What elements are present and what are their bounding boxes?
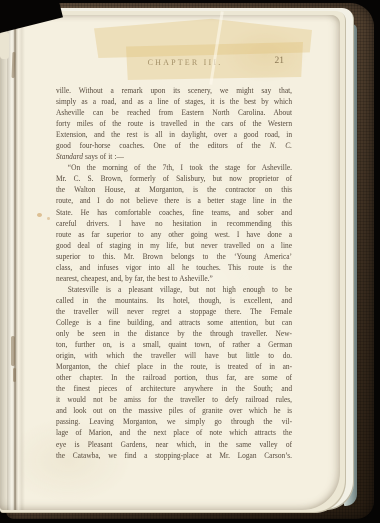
text-line: Standard says of it :—: [56, 151, 292, 162]
text-line: “On the morning of the 7th, I took the s…: [56, 162, 292, 173]
text-line: good four-horse coaches. One of the edit…: [56, 140, 292, 151]
text-line: good deal of staging in my life, but nev…: [56, 240, 292, 251]
text-line: route as far superior to any other going…: [56, 229, 292, 240]
text-line: the Walton House, at Morganton, is the c…: [56, 184, 292, 195]
text-line: College is a fine building, and attracts…: [56, 317, 292, 328]
text-line: Morganton, the chief place in the route,…: [56, 361, 292, 372]
text-line: the Catawba, we find a stopping-place at…: [56, 450, 292, 461]
text-line: the finest pieces of architecture anywhe…: [56, 383, 292, 394]
gutter-crease-line: [14, 18, 16, 510]
stitch-mark: [11, 336, 15, 366]
text-line: State. He has comfortable coaches, fine …: [56, 207, 292, 218]
foxing-spot: [47, 217, 50, 220]
text-line: only be seen in the distance by the thro…: [56, 328, 292, 339]
scan-background: { "page": { "header": { "chapter": "CHAP…: [0, 0, 380, 523]
gutter-crease: [7, 15, 25, 510]
text-line: superior to this. Mr. Brown belongs to t…: [56, 251, 292, 262]
text-line: called in the mountains. Its hotel, thou…: [56, 295, 292, 306]
facing-page-sliver: [0, 32, 9, 59]
stitch-mark: [13, 368, 16, 382]
text-line: and look out on the massive piles of gra…: [56, 405, 292, 416]
text-line: simply as a road, and as a line of stage…: [56, 96, 292, 107]
text-line: nearest, cheapest, and, by far, the best…: [56, 273, 292, 284]
text-line: passing. Leaving Morganton, we simply go…: [56, 416, 292, 427]
text-line: Statesville is a pleasant village, but n…: [56, 284, 292, 295]
text-line: Asheville can be reached from Eastern No…: [56, 107, 292, 118]
text-line: class, and infuses vigor into all he tou…: [56, 262, 292, 273]
text-line: Mr. C. S. Brown, formerly of Salisbury, …: [56, 173, 292, 184]
foxing-spot: [37, 213, 42, 217]
text-line: lage of Marion, and the next place of no…: [56, 427, 292, 438]
text-line: the traveller will never regret a stoppa…: [56, 306, 292, 317]
text-line: Extension, and the rest is all in daylig…: [56, 129, 292, 140]
text-line: forty miles of the route is travelled in…: [56, 118, 292, 129]
text-line: eye is Pleasant Gardens, near which, in …: [56, 439, 292, 450]
text-line: other chapter. In the railroad portion, …: [56, 372, 292, 383]
text-line: ville. Without a remark upon its scenery…: [56, 85, 292, 96]
text-line: ton, further on, is a small, quaint town…: [56, 339, 292, 350]
page-text: ville. Without a remark upon its scenery…: [56, 85, 336, 461]
text-line: careful drivers. I have no hesitation in…: [56, 218, 292, 229]
text-line: route, and I do not believe there is a b…: [56, 195, 292, 206]
text-line: it would not be amiss for the traveller …: [56, 394, 292, 405]
text-line: origin, with which the traveller will ha…: [56, 350, 292, 361]
